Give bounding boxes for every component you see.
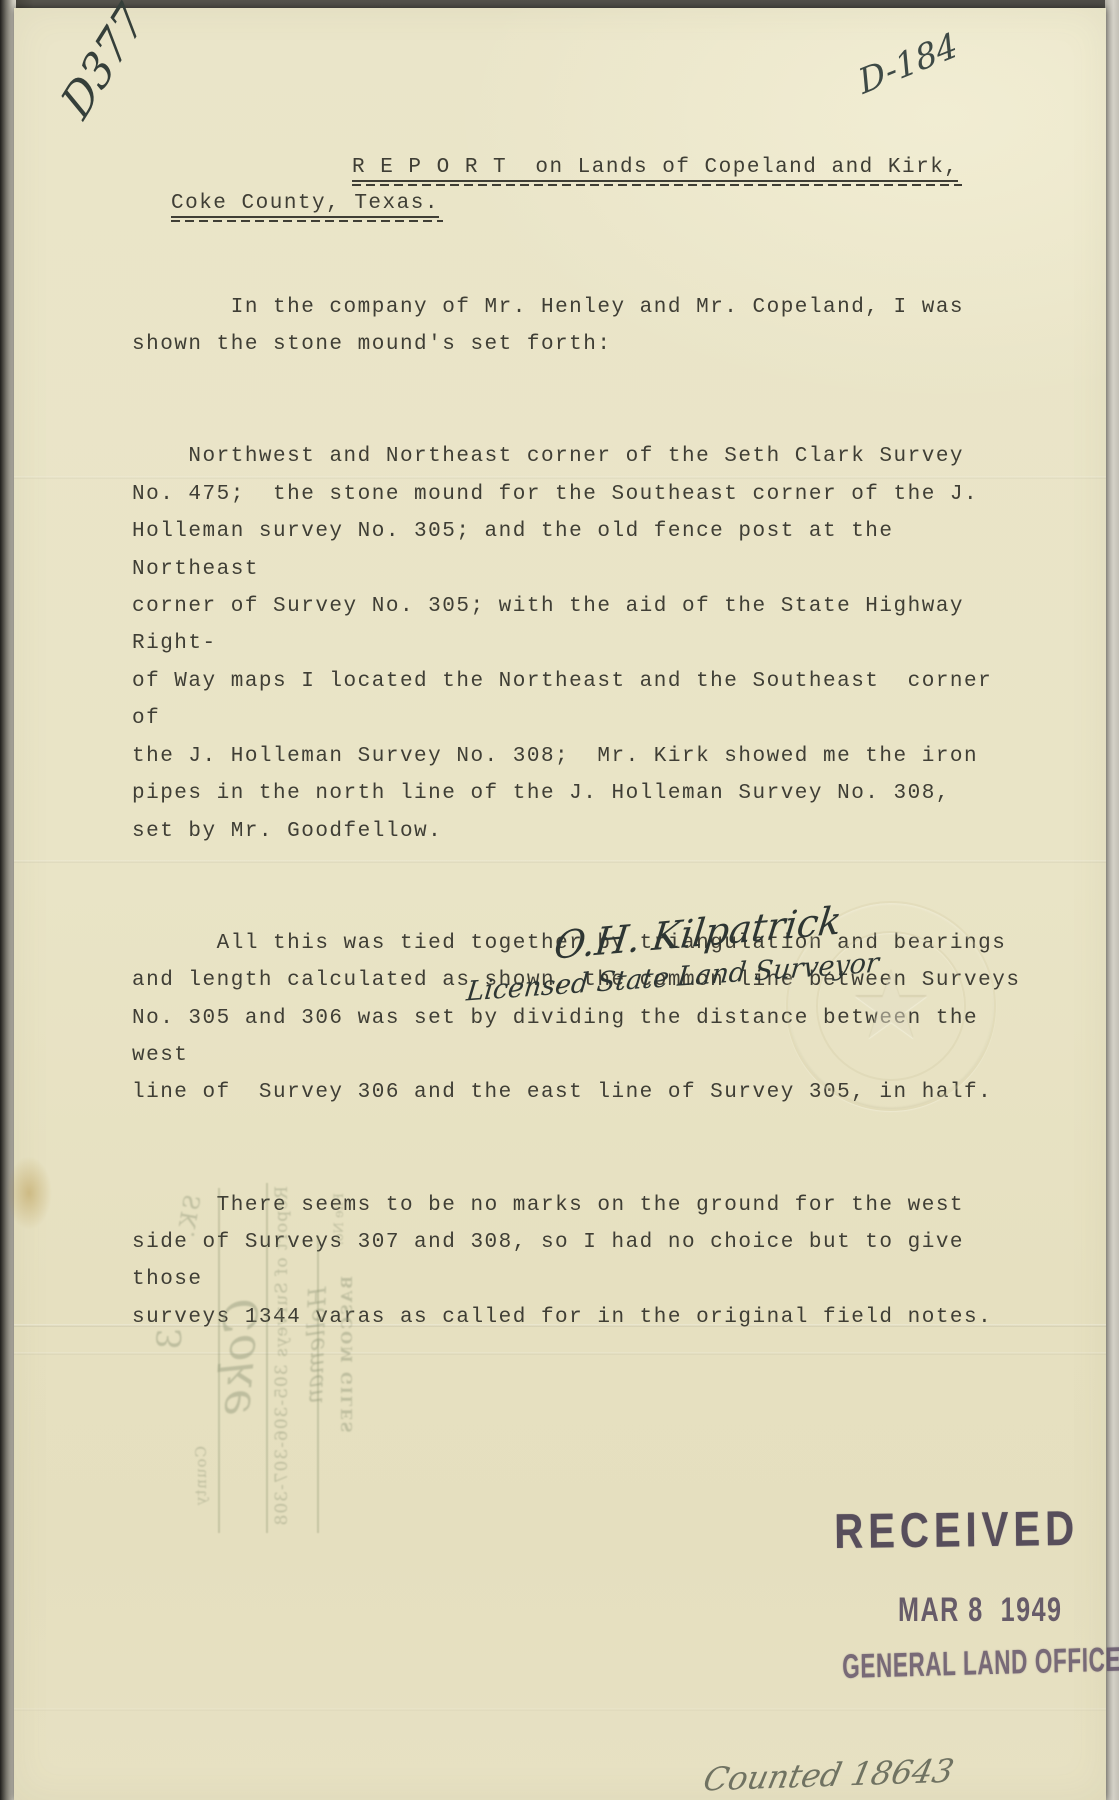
bleed-text-county-label: County (192, 1446, 210, 1506)
bleed-text-file: File No. (332, 1193, 347, 1245)
fold-crease (14, 1708, 1106, 1711)
document-page: D377 D-184 R E P O R T on Lands of Copel… (14, 8, 1106, 1800)
received-stamp-date: MAR 8 1949 (898, 1591, 1063, 1630)
handwritten-counted-note: Counted 18643 (700, 1751, 957, 1798)
handwritten-file-number-top-right: D-184 (854, 25, 962, 103)
bleed-text-number: 3 (150, 1328, 190, 1350)
report-title-word: R E P O R T (352, 156, 521, 179)
bleed-text-commissioner: BASCOM GILES (338, 1276, 356, 1435)
received-stamp: RECEIVED (834, 1501, 1079, 1560)
handwritten-file-number-top-left: D377 (52, 0, 155, 129)
bleed-text-county-name: Coke (206, 1296, 270, 1418)
paragraph-1: In the company of Mr. Henley and Mr. Cop… (132, 289, 1032, 364)
bleed-rule-line (266, 1183, 268, 1533)
bleed-text-holleman: Holleman (300, 1286, 332, 1404)
paper-stain (6, 1156, 52, 1230)
bleed-text-report-column: Report of Surveys 305-306-307-308 (272, 1186, 292, 1526)
paragraph-2: Northwest and Northeast corner of the Se… (132, 438, 1032, 849)
received-stamp-office: GENERAL LAND OFFICE (842, 1641, 1119, 1687)
report-title-line1: R E P O R T on Lands of Copeland and Kir… (352, 156, 958, 182)
scan-edge-right (1105, 0, 1119, 1800)
report-title-rest: on Lands of Copeland and Kirk, (521, 156, 958, 179)
